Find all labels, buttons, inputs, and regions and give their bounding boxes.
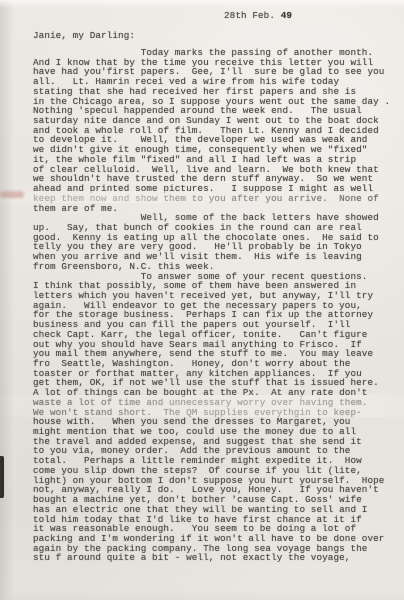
letter-body: Today marks the passing of another month… bbox=[33, 48, 390, 563]
letter-date: 28th Feb. 49 bbox=[224, 10, 292, 21]
red-smudge-mark bbox=[0, 191, 24, 198]
letter-page: 28th Feb. 49 Janie, my Darling: Today ma… bbox=[0, 0, 404, 600]
top-edge-highlight bbox=[0, 0, 404, 8]
black-edge-mark bbox=[0, 456, 4, 498]
bottom-edge-shadow bbox=[0, 590, 404, 600]
letter-salutation: Janie, my Darling: bbox=[33, 30, 135, 41]
left-edge-shadow bbox=[0, 0, 14, 600]
letter-date-daymonth: 28th Feb. bbox=[224, 10, 281, 21]
letter-date-year: 49 bbox=[281, 10, 292, 21]
